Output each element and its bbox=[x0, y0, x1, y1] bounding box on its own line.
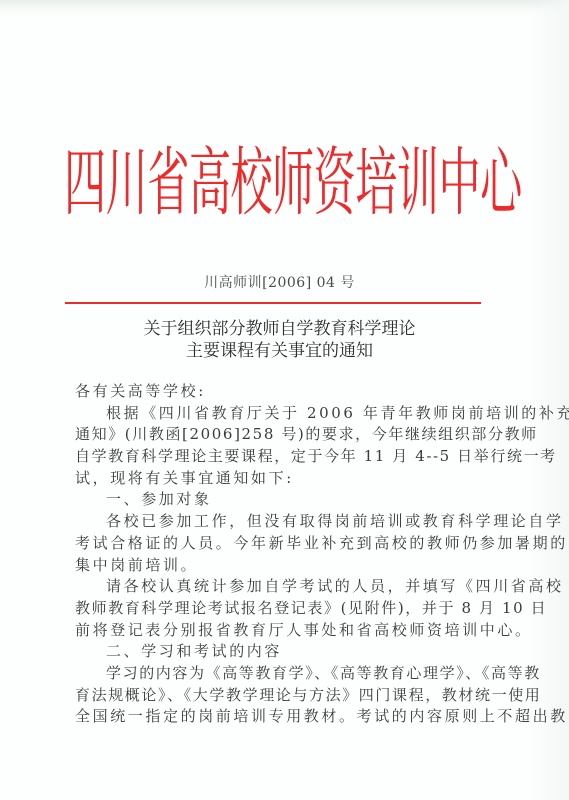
body-line: 各有关高等学校: bbox=[75, 381, 485, 403]
notice-title: 关于组织部分教师自学教育科学理论 主要课程有关事宜的通知 bbox=[0, 318, 569, 362]
body-line: 考试合格证的人员。今年新毕业补充到高校的教师仍参加暑期的 bbox=[75, 533, 485, 555]
body-line: 集中岗前培训。 bbox=[75, 555, 485, 577]
section-heading-participants: 一、参加对象 bbox=[75, 489, 485, 511]
scan-edge-top bbox=[0, 0, 569, 14]
body-line: 育法规概论》、《大学教学理论与方法》四门课程，教材统一使用 bbox=[75, 685, 485, 707]
body-line: 自学教育科学理论主要课程，定于今年 11 月 4--5 日举行统一考 bbox=[75, 446, 485, 468]
body-line: 前将登记表分别报省教育厅人事处和省高校师资培训中心。 bbox=[75, 620, 485, 642]
notice-title-line-2: 主要课程有关事宜的通知 bbox=[0, 340, 569, 362]
notice-title-line-1: 关于组织部分教师自学教育科学理论 bbox=[0, 318, 569, 340]
body-line: 各校已参加工作，但没有取得岗前培训或教育科学理论自学 bbox=[75, 511, 485, 533]
body-line: 教师教育科学理论考试报名登记表》(见附件)，并于 8 月 10 日 bbox=[75, 598, 485, 620]
body-line: 试，现将有关事宜通知如下: bbox=[75, 468, 485, 490]
body-line: 请各校认真统计参加自学考试的人员，并填写《四川省高校 bbox=[75, 576, 485, 598]
section-heading-content: 二、学习和考试的内容 bbox=[75, 641, 485, 663]
red-divider-rule bbox=[65, 302, 481, 304]
body-line: 根据《四川省教育厅关于 2006 年青年教师岗前培训的补充 bbox=[75, 403, 485, 425]
body-line: 全国统一指定的岗前培训专用教材。考试的内容原则上不超出教 bbox=[75, 706, 485, 728]
notice-body: 各有关高等学校: 根据《四川省教育厅关于 2006 年青年教师岗前培训的补充 通… bbox=[75, 381, 485, 728]
body-line: 通知》(川教函[2006]258 号)的要求，今年继续组织部分教师 bbox=[75, 424, 485, 446]
organization-name: 四川省高校师资培训中心 bbox=[64, 140, 522, 226]
organization-letterhead: 四川省高校师资培训中心 bbox=[64, 140, 482, 226]
body-line: 学习的内容为《高等教育学》、《高等教育心理学》、《高等教 bbox=[75, 663, 485, 685]
document-number: 川高师训[2006] 04 号 bbox=[0, 272, 569, 294]
document-number-text: 川高师训[2006] 04 号 bbox=[204, 272, 355, 294]
